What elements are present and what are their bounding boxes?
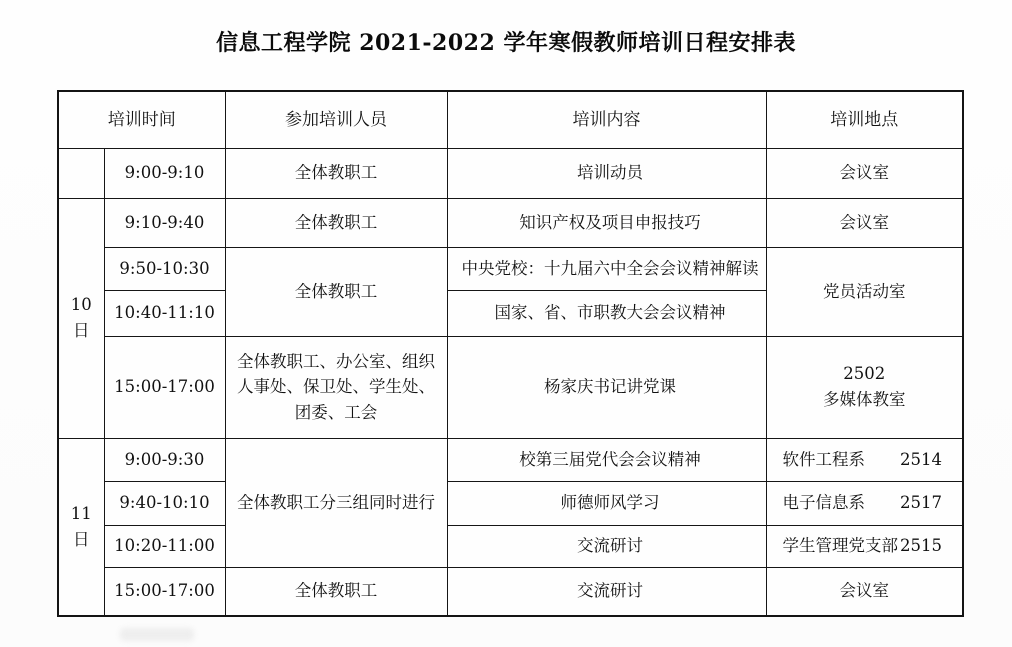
cell-location: 会议室 [766,567,963,616]
cell-location: 会议室 [766,198,963,247]
table-row: 15:00-17:00 全体教职工 交流研讨 会议室 [58,567,963,616]
location-department: 学生管理党支部 [783,533,899,559]
cell-content: 培训动员 [447,148,766,198]
cell-content: 师德师风学习 [447,481,766,525]
cell-location: 会议室 [766,148,963,198]
cell-date-day10: 10 日 [58,198,104,438]
cell-time: 10:20-11:00 [104,525,225,567]
cell-participants: 全体教职工、办公室、组织人事处、保卫处、学生处、团委、工会 [225,336,447,438]
table-row: 9:00-9:10 全体教职工 培训动员 会议室 [58,148,963,198]
cell-location: 电子信息系 2517 [766,481,963,525]
training-schedule-table: 培训时间 参加培训人员 培训内容 培训地点 9:00-9:10 全体教职工 培训… [57,90,964,617]
cell-participants: 全体教职工 [225,247,447,336]
scan-artifact-smudge [120,628,194,641]
cell-content: 交流研讨 [447,567,766,616]
table-row: 10 日 9:10-9:40 全体教职工 知识产权及项目申报技巧 会议室 [58,198,963,247]
cell-time: 9:00-9:10 [104,148,225,198]
cell-time: 9:40-10:10 [104,481,225,525]
cell-date-day11: 11 日 [58,438,104,616]
location-room-number: 2502 [767,361,963,387]
cell-content: 校第三届党代会会议精神 [447,438,766,481]
cell-time: 9:00-9:30 [104,438,225,481]
cell-time: 9:50-10:30 [104,247,225,290]
cell-participants: 全体教职工 [225,148,447,198]
table-row: 9:50-10:30 全体教职工 中央党校：十九届六中全会会议精神解读 党员活动… [58,247,963,290]
table-row: 11 日 9:00-9:30 全体教职工分三组同时进行 校第三届党代会会议精神 … [58,438,963,481]
cell-participants: 全体教职工分三组同时进行 [225,438,447,567]
location-department: 软件工程系 [783,447,866,473]
location-room-number: 2515 [900,533,942,559]
location-department: 电子信息系 [783,490,866,516]
cell-location: 学生管理党支部 2515 [766,525,963,567]
cell-content: 杨家庆书记讲党课 [447,336,766,438]
cell-date-blank [58,148,104,198]
location-room-number: 2514 [900,447,942,473]
header-participants: 参加培训人员 [225,91,447,148]
cell-participants: 全体教职工 [225,567,447,616]
cell-location: 软件工程系 2514 [766,438,963,481]
cell-location: 2502 多媒体教室 [766,336,963,438]
document-page: 信息工程学院 2021-2022 学年寒假教师培训日程安排表 培训时间 参加培训… [0,0,1012,647]
table-row: 15:00-17:00 全体教职工、办公室、组织人事处、保卫处、学生处、团委、工… [58,336,963,438]
cell-time: 15:00-17:00 [104,336,225,438]
location-room-name: 多媒体教室 [767,387,963,413]
cell-content: 交流研讨 [447,525,766,567]
header-content: 培训内容 [447,91,766,148]
table-row: 9:40-10:10 师德师风学习 电子信息系 2517 [58,481,963,525]
cell-content: 国家、省、市职教大会会议精神 [447,290,766,336]
cell-participants: 全体教职工 [225,198,447,247]
table-row: 10:20-11:00 交流研讨 学生管理党支部 2515 [58,525,963,567]
cell-time: 15:00-17:00 [104,567,225,616]
cell-time: 9:10-9:40 [104,198,225,247]
header-location: 培训地点 [766,91,963,148]
location-room-number: 2517 [900,490,942,516]
table-header-row: 培训时间 参加培训人员 培训内容 培训地点 [58,91,963,148]
cell-time: 10:40-11:10 [104,290,225,336]
header-time: 培训时间 [58,91,225,148]
cell-content: 知识产权及项目申报技巧 [447,198,766,247]
cell-location: 党员活动室 [766,247,963,336]
cell-content: 中央党校：十九届六中全会会议精神解读 [447,247,766,290]
page-title: 信息工程学院 2021-2022 学年寒假教师培训日程安排表 [0,26,1012,57]
